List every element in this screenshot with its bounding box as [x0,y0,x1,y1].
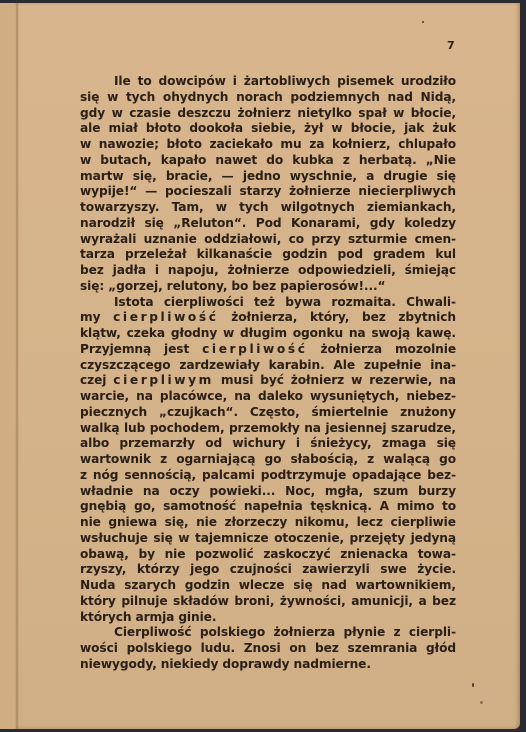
word: sennością, [124,468,196,484]
paper-speck [472,683,474,687]
word: w [80,137,91,153]
word: nóg [93,468,118,484]
word: bez [432,594,456,610]
word: czej [80,373,106,389]
word: pisemek [337,74,394,90]
word: kapało [161,153,207,169]
word: zaskoczyć [263,547,330,563]
word: niebez- [406,389,456,405]
word: szarych [124,578,176,594]
text-line: piecznych„czujkach“.Często,śmiertelniezn… [80,405,456,421]
text-line: czyszczącegozardzewiałykarabin.Alezupełn… [80,358,456,374]
word: czasie [129,106,171,122]
emphasized-word: cierpliwość [113,310,218,326]
text-line: gdywczasiedeszczużołnierznietylkospałwbł… [80,106,456,122]
word: musi [221,373,253,389]
word: bez [80,263,104,279]
word: jak [404,121,424,137]
word: to [138,74,152,90]
text-line: wypije!“—pocieszalistarzyżołnierzeniecie… [80,184,456,200]
word: bracie, [166,169,213,185]
word: pilnuje [121,594,167,610]
word: z [394,625,401,641]
word: swe [380,562,406,578]
word: go [439,452,456,468]
word: się [144,216,163,232]
word: walącą [383,452,430,468]
word: A [380,499,389,515]
word: się [80,90,99,106]
word: szemrania [348,641,418,657]
word: kul [435,247,456,263]
body-text: Iletodowcipówiżartobliwychpisemekurodził… [80,74,456,673]
text-line: tarzaprzeleżałkilkanaściegodzinpodgradem… [80,247,456,263]
word: gradem [373,247,425,263]
text-line: towarzyszy.Tam,wtychwilgotnychziemiankac… [80,200,456,216]
word: który [80,594,116,610]
word: niewygody, [80,657,157,673]
word: nietylko [297,106,351,122]
word: czeka [127,326,165,342]
paper-speck [480,701,483,704]
word: wlecze [239,578,285,594]
text-line: władnienaoczypowieki...Noc,mgła,szumburz… [80,484,456,500]
word: ginie. [178,610,216,626]
text-line: Przyjemnąjestcierpliwośćżołnierzamozolni… [80,342,456,358]
word: albo [80,436,109,452]
text-line: wnawozie;błotozaciekałomuzakołnierz,chlu… [80,137,456,153]
word: bywa [285,295,321,311]
word: zupełnie [364,358,422,374]
word: wsłuchuje [80,531,148,547]
word: ina- [430,358,456,374]
word: zawierzyli [302,562,369,578]
word: miał [109,121,138,137]
word: Znosi [244,641,281,657]
word: — [222,169,234,185]
word: zmaga [382,436,426,452]
text-line: gnębiągo,samotnośćnapełniatęsknicą.Amimo… [80,499,456,515]
word: kołnierz, [332,137,391,153]
text-line: klątw,czekagłodnywdługimogonkunaswojąkaw… [80,326,456,342]
word: butach, [100,153,151,169]
word: się [437,169,456,185]
word: ohydnych [163,90,228,106]
word: zardzewiały [179,358,259,374]
word: mozolnie [395,342,456,358]
word: żołnierza [320,342,382,358]
word: pocieszali [165,184,232,200]
word: życie. [417,562,456,578]
text-line: niegniewasię,niezłorzeczynikomu,leczcier… [80,515,456,531]
word: nawozie; [99,137,159,153]
word: na [143,484,160,500]
word: wyschnie, [290,169,357,185]
word: a [366,169,374,185]
binding-fold [15,3,19,729]
word: bo [231,279,248,295]
word: godzin [282,247,327,263]
word: przeleżał [125,247,186,263]
word: gniewa [108,515,157,531]
text-line: którypilnujeskładówbroni,żywności,amunic… [80,594,456,610]
text-line: wbutach,kapałonawetdokubkazherbatą.„Nie [80,153,456,169]
word: lecz [357,515,383,531]
word: żołnierz [237,106,290,122]
word: nie [196,515,217,531]
word: wartownik [80,452,151,468]
page-left-margin [0,3,15,729]
word: których [80,610,131,626]
word: nad [388,90,413,106]
word: podtrzymuje [261,468,346,484]
emphasized-word: cierpliwość [202,342,307,358]
word: od [205,436,222,452]
word: rozmaita. [331,295,395,311]
word: wichury [232,436,285,452]
text-line: walkąlubpochodem,przemokłynajesiennejsza… [80,421,456,437]
text-line: którycharmjaginie. [80,610,456,626]
word: w [112,106,123,122]
word: w [80,153,91,169]
word: jest [164,342,189,358]
word: na [349,326,366,342]
word: Pod [256,216,282,232]
word: tych [126,90,155,106]
word: Chwali- [406,295,456,311]
word: żołnierz [291,373,344,389]
word: to [442,499,456,515]
word: napoju, [168,263,219,279]
word: — [145,184,157,200]
word: którzy [137,562,180,578]
word: starzy [239,184,281,200]
word: polskiego [127,641,192,657]
word: klątw, [80,326,121,342]
text-line: się:„gorzej,relutony,bobezpapierosów!...… [80,279,456,295]
word: Tam, [172,200,204,216]
word: pod [338,247,364,263]
word: daleko [258,389,303,405]
text-line: bezjadłainapoju,żołnierzeodpowiedzieli,ś… [80,263,456,279]
word: „Reluton“. [173,216,246,232]
word: śmiertelnie [312,405,389,421]
word: Często, [250,405,300,421]
word: by [138,547,154,563]
word: Ile [114,74,131,90]
word: płynie [343,625,385,641]
word: ludu. [201,641,235,657]
text-line: wartownikzogarniającągosłabością,zwalącą… [80,452,456,468]
word: wartownikiem, [356,578,456,594]
word: polskiego [200,625,265,641]
word: cierpliwości [164,295,244,311]
word: żartobliwych [244,74,331,90]
word: „czujkach“. [159,405,238,421]
word: towa- [418,547,456,563]
text-line: wyrażaliuznanieoddziałowi,coprzyszturmie… [80,232,456,248]
word: który, [310,310,349,326]
word: w [107,90,118,106]
word: piecznych [80,405,147,421]
word: tarza [80,247,115,263]
word: napełnia [244,499,303,515]
word: być [260,373,284,389]
word: żołnierza [274,625,336,641]
text-line: sięwtychohydnychnorachpodziemnychnadNidą… [80,90,456,106]
word: nikomu, [295,515,349,531]
word: kubka [292,153,333,169]
word: mgła, [325,484,363,500]
word: rezerwie, [369,373,432,389]
text-line: wościpolskiegoludu.Znosionbezszemraniagł… [80,641,456,657]
word: żołnierze [228,263,290,279]
word: w [178,531,189,547]
word: narodził [80,216,135,232]
word: do [266,153,283,169]
text-line: niewygody,niekiedydoprawdynadmierne. [80,657,456,673]
word: z [367,452,374,468]
word: lub [124,421,145,437]
word: bez [362,310,386,326]
word: niekiedy [161,657,219,673]
word: jego [190,562,219,578]
word: z [80,468,87,484]
word: otoczenie, [274,531,344,547]
word: palcami [202,468,255,484]
word: w [351,373,362,389]
word: drugie [383,169,427,185]
word: w [393,106,404,122]
word: Nidą, [421,90,456,106]
text-line: Iletodowcipówiżartobliwychpisemekurodził… [80,74,456,90]
word: i [233,74,237,90]
text-line: Cierpliwośćpolskiegożołnierzapłyniezcier… [80,625,456,641]
word: powieki... [209,484,275,500]
word: szum [373,484,408,500]
word: on [289,641,306,657]
word: oddziałowi, [204,232,281,248]
word: odpowiedzieli, [298,263,396,279]
word: żył [304,121,323,137]
word: czyszczącego [80,358,171,374]
word: Noc, [285,484,315,500]
word: błocie, [411,106,456,122]
word: bez [315,641,339,657]
word: koledzy [404,216,456,232]
text-line: obawą,byniepozwolićzaskoczyćznienackatow… [80,547,456,563]
word: urodziło [401,74,456,90]
word: nie [165,547,186,563]
word: przejęty [350,531,406,547]
text-line: Istotacierpliwościteżbywarozmaita.Chwali… [80,295,456,311]
word: żywności, [280,594,346,610]
word: błocie, [351,121,396,137]
word: towarzyszy. [80,200,159,216]
word: na [234,389,251,405]
word: Ale [333,358,355,374]
word: bez [252,279,276,295]
word: złorzeczy [224,515,287,531]
word: żuk [432,121,456,137]
word: papierosów!...“ [280,279,385,295]
word: podziemnych [290,90,379,106]
word: się [153,531,172,547]
text-line: mycierpliwośćżołnierza,który,bezzbytnich [80,310,456,326]
word: dowcipów [159,74,226,90]
word: ale [80,121,100,137]
word: śnieżycy, [310,436,371,452]
word: pozwolić [195,547,254,563]
word: my [80,310,100,326]
word: godzin [185,578,230,594]
word: wości [80,641,118,657]
word: dookoła [189,121,243,137]
word: wilgotnych [281,200,355,216]
word: jedyną [411,531,456,547]
word: kawę. [416,326,456,342]
word: gdy [80,106,105,122]
text-line: Nudaszarychgodzinwleczesięnadwartownikie… [80,578,456,594]
word: jesiennej [325,421,386,437]
word: herbatą. [359,153,417,169]
word: śmiejąc [405,263,456,279]
word: spał [358,106,386,122]
word: kilkanaście [197,247,273,263]
word: władnie [80,484,133,500]
text-line: czejcierpliwymmusibyćżołnierzwrezerwie,n… [80,373,456,389]
word: szturmie [348,232,407,248]
word: cierpli- [409,625,456,641]
word: opadające [352,468,421,484]
word: walką [80,421,120,437]
word: się: [80,279,104,295]
book-page: 7 Iletodowcipówiżartobliwychpisemekurodz… [0,3,520,729]
word: amunicji, [351,594,413,610]
word: a [419,594,427,610]
text-line: narodziłsię„Reluton“.PodKonarami,gdykole… [80,216,456,232]
word: błoto [146,121,181,137]
word: jadła [113,263,146,279]
word: karabin. [269,358,325,374]
text-line: warcie,naplacówce,nadalekowysuniętych,ni… [80,389,456,405]
word: z [160,452,167,468]
word: na [136,389,153,405]
word: samotność [163,499,236,515]
word: pochodem, [150,421,225,437]
word: szarudze, [391,421,456,437]
word: nad [321,578,346,594]
word: oczy [169,484,199,500]
scanned-page-view: 7 Iletodowcipówiżartobliwychpisemekurodz… [0,0,526,732]
word: w [216,200,227,216]
word: bez- [427,468,456,484]
word: swoją [371,326,410,342]
word: Istota [114,295,153,311]
word: się, [165,515,189,531]
word: warcie, [80,389,129,405]
word: Nuda [80,578,115,594]
word: uznanie [144,232,197,248]
word: przy [311,232,340,248]
word: go [264,452,281,468]
word: tych [239,200,268,216]
word: „Nie [426,153,456,169]
word: gnębią [80,499,126,515]
word: tajemnicze [195,531,269,547]
word: chlupało [398,137,456,153]
word: burzy [418,484,456,500]
word: zaciekało [209,137,272,153]
word: ogonku [293,326,343,342]
word: też [254,295,275,311]
word: głodny [171,326,217,342]
word: się [293,578,312,594]
word: nie [80,515,101,531]
word: ziemiankach, [367,200,456,216]
text-line: alemiałbłotodookołasiebie,żyłwbłocie,jak… [80,121,456,137]
word: martw [80,169,124,185]
word: relutony, [167,279,228,295]
word: norach [236,90,283,106]
word: co [289,232,304,248]
word: na [304,421,321,437]
word: błoto [167,137,202,153]
word: słabością, [290,452,358,468]
word: wysuniętych, [310,389,399,405]
word: wyrażali [80,232,136,248]
page-number: 7 [447,39,455,52]
word: „gorzej, [108,279,162,295]
emphasized-word: cierpliwym [113,373,214,389]
text-line: wsłuchujesięwtajemniczeotoczenie,przejęt… [80,531,456,547]
text-line: alboprzemarzłyodwichuryiśnieżycy,zmagasi… [80,436,456,452]
word: się [437,436,456,452]
text-line: znógsennością,palcamipodtrzymujeopadając… [80,468,456,484]
word: gdy [370,216,395,232]
word: długim [240,326,287,342]
word: nawet [215,153,257,169]
word: i [296,436,300,452]
word: mu [280,137,301,153]
word: się, [133,169,157,185]
word: tęsknicą. [310,499,371,515]
word: siebie, [251,121,296,137]
paper-speck [422,21,424,23]
word: wypije!“ [80,184,137,200]
word: przemokły [229,421,300,437]
text-line: rzyszy,którzyjegoczujnościzawierzylisweż… [80,562,456,578]
word: cmen- [415,232,456,248]
word: Konarami, [291,216,360,232]
word: w [223,326,234,342]
word: znużony [400,405,456,421]
word: w [331,121,342,137]
word: Cierpliwość [114,625,192,641]
word: ogarniającą [176,452,255,468]
word: nadmierne. [294,657,371,673]
word: jedno [243,169,281,185]
word: deszczu [177,106,231,122]
word: na [439,373,456,389]
word: żołnierze [289,184,351,200]
word: znienacka [340,547,408,563]
word: żołnierza, [231,310,297,326]
word: Przyjemną [80,342,151,358]
word: niecierpliwych [358,184,456,200]
word: przemarzły [119,436,195,452]
word: obawą, [80,547,129,563]
